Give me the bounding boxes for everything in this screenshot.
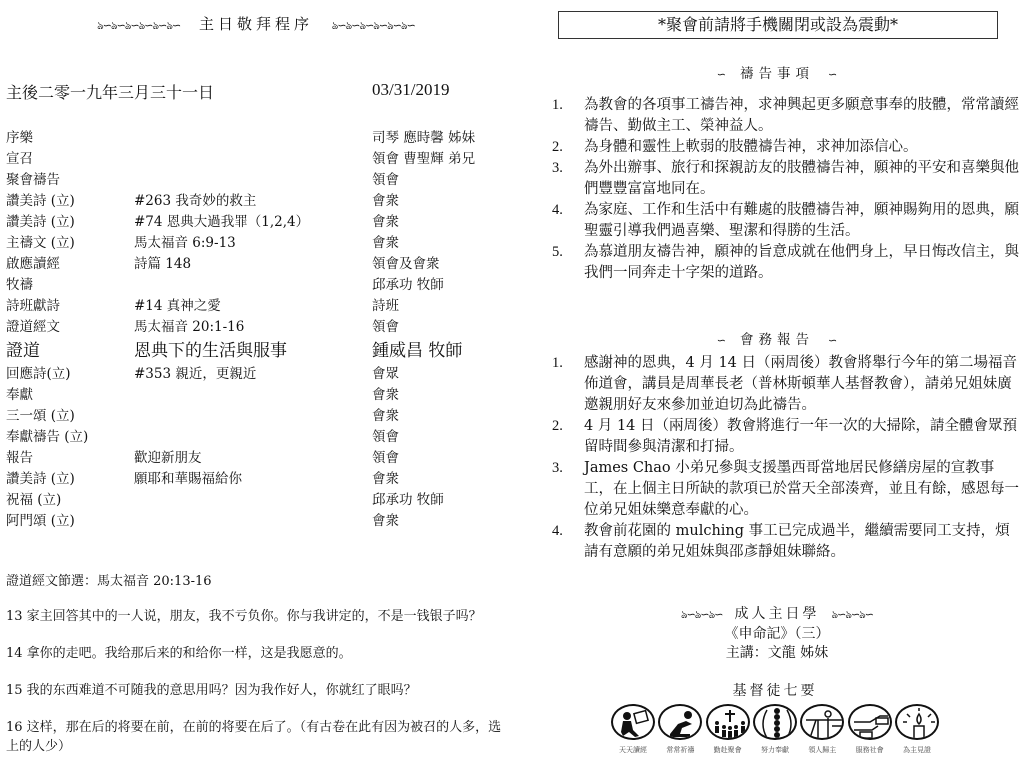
service-item: 讚美詩 (立)	[6, 191, 75, 212]
order-of-worship-page: ঌ∽ঌ∽ঌ∽ঌ∽ঌ∽ঌ∽ 主日敬拜程序 ঌ∽ঌ∽ঌ∽ঌ∽ঌ∽ঌ∽ 主後二零一九年…	[0, 0, 512, 768]
essential-item: 勤赴聚會	[705, 704, 751, 755]
verse-16: 16 这样，那在后的将要在前，在前的将要在后了。（有古卷在此有因为被召的人多，选…	[6, 718, 506, 756]
service-leader: 領會	[372, 170, 399, 191]
prayer-item: 5.為慕道朋友禱告神，願神的旨意成就在他們身上，早日悔改信主，與我們一同奔走十字…	[552, 242, 1022, 284]
essential-item: 天天讀經	[610, 704, 656, 755]
lead-to-christ-icon	[800, 704, 844, 740]
service-row: 三一頌 (立)會衆	[6, 406, 506, 427]
service-item: 聚會禱告	[6, 170, 60, 191]
sunday-school-book: 《申命記》（三）	[530, 625, 1024, 644]
prayer-item: 2.為身體和靈性上軟弱的肢體禱告神，求神加添信心。	[552, 137, 1022, 158]
service-detail: #353 親近，更親近	[134, 364, 256, 385]
kneeling-prayer-icon	[658, 704, 702, 740]
sunday-school-title: 成人主日學	[735, 606, 820, 622]
service-leader: 會衆	[372, 212, 399, 233]
adult-sunday-school: ঌ∽ঌ∽ঌ∽成人主日學ঌ∽ঌ∽ঌ∽ 《申命記》（三） 主講：文龍 姊妹	[530, 603, 1024, 663]
service-leader: 會眾	[372, 364, 399, 385]
service-leader: 會衆	[372, 191, 399, 212]
announcement-item: 4.教會前花園的 mulching 事工已完成過半，繼續需要同工支持，煩請有意願…	[552, 521, 1022, 563]
service-row: 詩班獻詩#14 真神之愛詩班	[6, 296, 506, 317]
ornament-icon: ঌ∽ঌ∽ঌ∽	[681, 608, 723, 621]
service-item: 奉獻禱告 (立)	[6, 427, 88, 448]
church-gathering-icon	[706, 704, 750, 740]
service-item: 證道經文	[6, 317, 60, 338]
service-row: 讚美詩 (立)願耶和華賜福給你會衆	[6, 469, 506, 490]
service-item: 三一頌 (立)	[6, 406, 75, 427]
service-item: 證道	[6, 338, 40, 364]
service-row: 聚會禱告領會	[6, 170, 506, 191]
date-numeric: 03/31/2019	[372, 80, 449, 100]
service-leader: 邱承功 牧師	[372, 275, 444, 296]
sunday-school-heading: ঌ∽ঌ∽ঌ∽成人主日學ঌ∽ঌ∽ঌ∽	[530, 603, 1024, 625]
service-item: 牧禱	[6, 275, 33, 296]
announcement-item: 2.4 月 14 日（兩周後）教會將進行一年一次的大掃除，請全體會眾預留時間參與…	[552, 416, 1022, 458]
service-leader: 會衆	[372, 406, 399, 427]
service-detail: 恩典下的生活與服事	[134, 338, 287, 364]
service-item: 回應詩(立)	[6, 364, 71, 385]
verse-13: 13 家主回答其中的一人说，朋友，我不亏负你。你与我讲定的，不是一钱银子吗？	[6, 607, 506, 626]
service-row: 讚美詩 (立)#74 恩典大過我罪（1,2,4）會衆	[6, 212, 506, 233]
service-leader: 領會 曹聖輝 弟兄	[372, 149, 475, 170]
service-row: 讚美詩 (立)#263 我奇妙的救主會衆	[6, 191, 506, 212]
prayer-item: 3.為外出辦事、旅行和探親訪友的肢體禱告神，願神的平安和喜樂與他們豐豐富富地同在…	[552, 158, 1022, 200]
service-row: 報告歡迎新朋友領會	[6, 448, 506, 469]
service-item: 宣召	[6, 149, 33, 170]
essential-item: 服務社會	[847, 704, 893, 755]
service-leader: 領會	[372, 317, 399, 338]
announcements-heading: ∽會務報告∽	[530, 328, 1024, 348]
announcements-list: 1.感謝神的恩典，4 月 14 日（兩周後）教會將舉行今年的第二場福音佈道會，講…	[552, 353, 1022, 563]
page-title: ঌ∽ঌ∽ঌ∽ঌ∽ঌ∽ঌ∽ 主日敬拜程序 ঌ∽ঌ∽ঌ∽ঌ∽ঌ∽ঌ∽	[0, 13, 512, 36]
essential-item: 努力奉獻	[752, 704, 798, 755]
service-row: 阿門頌 (立)會衆	[6, 511, 506, 532]
service-row: 主禱文 (立)馬太福音 6:9-13會衆	[6, 233, 506, 254]
essential-item: 為主見證	[894, 704, 940, 755]
order-of-service-table: 序樂司琴 應時馨 姊妹宣召領會 曹聖輝 弟兄聚會禱告領會讚美詩 (立)#263 …	[6, 128, 506, 532]
announcement-item: 1.感謝神的恩典，4 月 14 日（兩周後）教會將舉行今年的第二場福音佈道會，講…	[552, 353, 1022, 416]
service-item: 詩班獻詩	[6, 296, 60, 317]
service-detail: 願耶和華賜福給你	[134, 469, 242, 490]
ornament-icon: ঌ∽ঌ∽ঌ∽	[832, 608, 874, 621]
ornament-left: ঌ∽ঌ∽ঌ∽ঌ∽ঌ∽ঌ∽	[97, 19, 180, 32]
service-leader: 會衆	[372, 469, 399, 490]
service-item: 序樂	[6, 128, 33, 149]
service-detail: 詩篇 148	[134, 254, 191, 275]
service-row: 序樂司琴 應時馨 姊妹	[6, 128, 506, 149]
service-leader: 司琴 應時馨 姊妹	[372, 128, 475, 149]
service-item: 阿門頌 (立)	[6, 511, 75, 532]
service-row: 祝福 (立)邱承功 牧師	[6, 490, 506, 511]
sunday-school-speaker: 主講：文龍 姊妹	[530, 644, 1024, 663]
service-row: 證道經文馬太福音 20:1-16領會	[6, 317, 506, 338]
announcement-item: 3.James Chao 小弟兄參與支援墨西哥當地居民修繕房屋的宣教事工，在上個…	[552, 458, 1022, 521]
service-detail: #74 恩典大過我罪（1,2,4）	[134, 212, 309, 233]
service-item: 奉獻	[6, 385, 33, 406]
service-leader: 領會	[372, 448, 399, 469]
service-detail: #263 我奇妙的救主	[134, 191, 256, 212]
ornament-icon: ∽	[717, 334, 726, 347]
service-detail: 馬太福音 6:9-13	[134, 233, 236, 254]
service-row: 牧禱邱承功 牧師	[6, 275, 506, 296]
service-row: 奉獻會衆	[6, 385, 506, 406]
prayer-list: 1.為教會的各項事工禱告神，求神興起更多願意事奉的肢體，常常讀經禱告、勤做主工、…	[552, 95, 1022, 284]
announcements-title: 會務報告	[740, 332, 814, 348]
service-item: 主禱文 (立)	[6, 233, 75, 254]
announcements-page: *聚會前請將手機關閉或設為震動* ∽禱告事項∽ 1.為教會的各項事工禱告神，求神…	[530, 0, 1024, 768]
service-leader: 會衆	[372, 385, 399, 406]
service-row: 宣召領會 曹聖輝 弟兄	[6, 149, 506, 170]
candle-witness-icon	[895, 704, 939, 740]
service-leader: 會衆	[372, 511, 399, 532]
service-item: 讚美詩 (立)	[6, 469, 75, 490]
service-item: 祝福 (立)	[6, 490, 61, 511]
scripture-reference: 證道經文節選：馬太福音 20:13-16	[6, 570, 506, 589]
service-detail: 馬太福音 20:1-16	[134, 317, 244, 338]
service-detail: 歡迎新朋友	[134, 448, 202, 469]
bible-reading-icon	[611, 704, 655, 740]
service-leader: 詩班	[372, 296, 399, 317]
service-item: 報告	[6, 448, 33, 469]
service-row: 奉獻禱告 (立)領會	[6, 427, 506, 448]
fish-offering-icon	[753, 704, 797, 740]
service-leader: 領會及會衆	[372, 254, 440, 275]
ornament-right: ঌ∽ঌ∽ঌ∽ঌ∽ঌ∽ঌ∽	[332, 19, 415, 32]
seven-essentials-icons: 天天讀經 常常祈禱 勤赴聚會 努力奉獻	[610, 704, 940, 755]
date-chinese: 主後二零一九年三月三十一日	[6, 80, 214, 103]
verse-14: 14 拿你的走吧。我给那后来的和给你一样，这是我愿意的。	[6, 644, 506, 663]
title-text: 主日敬拜程序	[199, 15, 313, 33]
ornament-icon: ∽	[828, 334, 837, 347]
serve-society-icon	[848, 704, 892, 740]
essential-item: 常常祈禱	[657, 704, 703, 755]
service-leader: 會衆	[372, 233, 399, 254]
scripture-excerpt: 證道經文節選：馬太福音 20:13-16 13 家主回答其中的一人说，朋友，我不…	[6, 570, 506, 768]
service-item: 啟應讀經	[6, 254, 60, 275]
service-leader: 領會	[372, 427, 399, 448]
essential-item: 領人歸主	[799, 704, 845, 755]
service-item: 讚美詩 (立)	[6, 212, 75, 233]
service-row: 證道恩典下的生活與服事鍾威昌 牧師	[6, 338, 506, 364]
seven-essentials-title: 基督徒七要	[610, 680, 940, 700]
ornament-icon: ∽	[717, 68, 726, 81]
seven-essentials: 基督徒七要 天天讀經 常常祈禱 勤赴聚會	[610, 680, 940, 755]
phone-notice: *聚會前請將手機關閉或設為震動*	[558, 11, 998, 39]
service-row: 回應詩(立)#353 親近，更親近會眾	[6, 364, 506, 385]
prayer-item: 1.為教會的各項事工禱告神，求神興起更多願意事奉的肢體，常常讀經禱告、勤做主工、…	[552, 95, 1022, 137]
service-leader: 鍾威昌 牧師	[372, 338, 462, 364]
service-row: 啟應讀經詩篇 148領會及會衆	[6, 254, 506, 275]
prayer-item: 4.為家庭、工作和生活中有難處的肢體禱告神，願神賜夠用的恩典，願聖靈引導我們過喜…	[552, 200, 1022, 242]
service-detail: #14 真神之愛	[134, 296, 221, 317]
verse-15: 15 我的东西难道不可随我的意思用吗？因为我作好人，你就红了眼吗？	[6, 681, 506, 700]
ornament-icon: ∽	[828, 68, 837, 81]
prayer-heading: ∽禱告事項∽	[530, 62, 1024, 82]
service-leader: 邱承功 牧師	[372, 490, 444, 511]
prayer-title: 禱告事項	[740, 66, 814, 82]
